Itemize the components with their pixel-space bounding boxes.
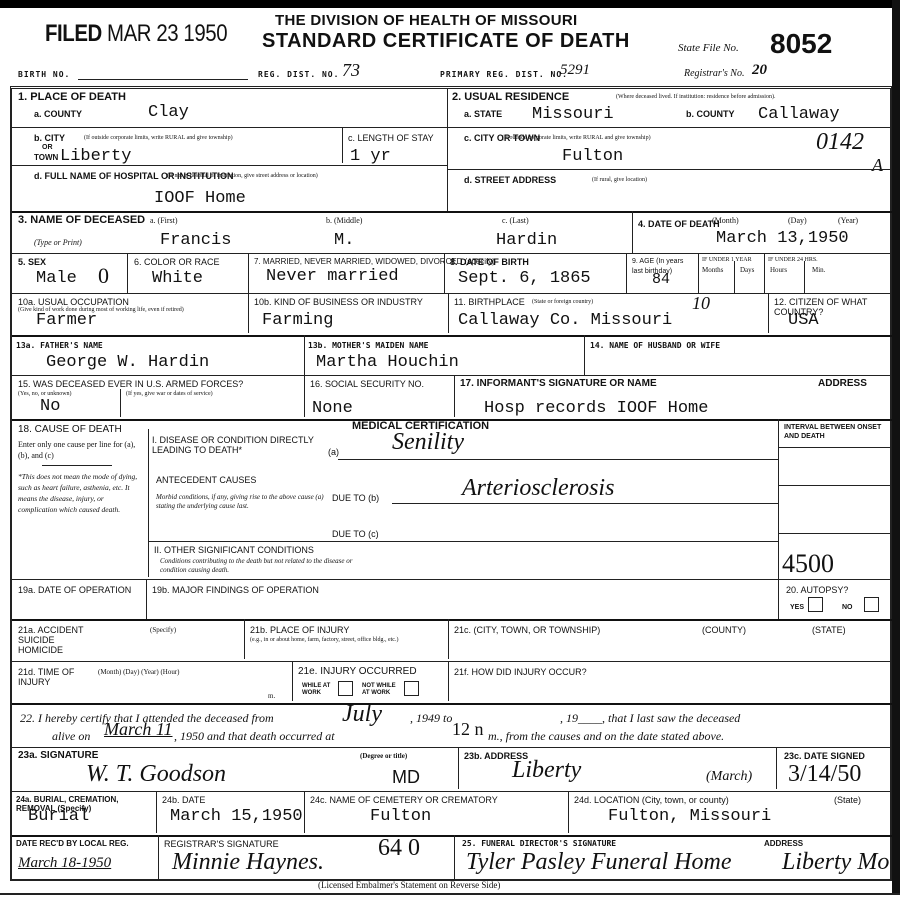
time-of-death: 12 n [452, 719, 484, 740]
disposition: Burial [28, 807, 89, 826]
reg-dist-value: 73 [342, 60, 360, 81]
length-of-stay: 1 yr [350, 147, 391, 166]
birthplace: Callaway Co. Missouri [458, 311, 672, 330]
hospital-name: IOOF Home [154, 189, 246, 208]
usual-residence-heading: 2. USUAL RESIDENCE [452, 92, 569, 103]
place-of-death-heading: 1. PLACE OF DEATH [18, 92, 126, 103]
footer-note: (Licensed Embalmer's Statement on Revers… [318, 880, 500, 890]
physician-signature: W. T. Goodson [86, 761, 226, 788]
registrar-no-value: 20 [752, 62, 767, 79]
top-border [0, 0, 900, 8]
autopsy-yes-checkbox[interactable] [808, 597, 823, 612]
death-county: Clay [148, 103, 189, 122]
state-file-label: State File No. [678, 42, 739, 54]
armed-forces: No [40, 397, 60, 416]
certificate-form: 1. PLACE OF DEATH a. COUNTY Clay b. CITY… [10, 86, 892, 881]
death-city: Liberty [60, 147, 131, 166]
sex-code: 0 [98, 263, 109, 289]
issuing-agency: THE DIVISION OF HEALTH OF MISSOURI [275, 12, 577, 29]
right-border [892, 0, 900, 905]
sex: Male [36, 269, 77, 288]
cause-b: Arteriosclerosis [462, 475, 614, 502]
funeral-director-signature: Tyler Pasley Funeral Home [466, 849, 732, 876]
interval-code: 4500 [782, 549, 834, 579]
physician-address: Liberty [512, 757, 581, 784]
occupation: Farmer [36, 311, 97, 330]
cause-a: Senility [392, 429, 464, 456]
date-of-death: March 13,1950 [716, 229, 849, 248]
informant: Hosp records IOOF Home [484, 399, 708, 418]
middle-name: M. [334, 231, 354, 250]
autopsy-no-checkbox[interactable] [864, 597, 879, 612]
residence-code-mark: A [872, 155, 883, 176]
father-name: George W. Hardin [46, 353, 209, 372]
birth-no-line [78, 79, 248, 80]
filed-stamp: FILED MAR 23 1950 [45, 20, 227, 48]
primary-reg-dist-label: PRIMARY REG. DIST. NO. [440, 70, 568, 79]
registrar-code: 64 0 [378, 835, 420, 862]
primary-reg-dist-value: 5291 [560, 62, 590, 79]
mother-maiden-name: Martha Houchin [316, 353, 459, 372]
state-file-number: 8052 [770, 28, 832, 60]
residence-code: 0142 [816, 129, 864, 156]
first-name: Francis [160, 231, 231, 250]
bottom-border [0, 893, 900, 905]
race: White [152, 269, 203, 288]
last-seen-alive: March 11 [104, 719, 172, 740]
physician-address-note: (March) [706, 769, 752, 785]
physician-degree: MD [392, 767, 420, 788]
registrar-no-label: Registrar's No. [684, 68, 744, 79]
while-at-work-checkbox[interactable] [338, 681, 353, 696]
citizenship: USA [788, 311, 819, 330]
cemetery: Fulton [370, 807, 431, 826]
document-title: STANDARD CERTIFICATE OF DEATH [262, 30, 630, 53]
age: 84 [652, 271, 670, 288]
residence-state: Missouri [532, 105, 614, 124]
birthplace-code: 10 [692, 293, 710, 314]
date-received: March 18-1950 [18, 855, 111, 872]
not-at-work-checkbox[interactable] [404, 681, 419, 696]
reg-dist-label: REG. DIST. NO. [258, 70, 339, 79]
date-of-birth: Sept. 6, 1865 [458, 269, 591, 288]
attended-from: July [342, 701, 382, 728]
burial-location: Fulton, Missouri [608, 807, 771, 826]
last-name: Hardin [496, 231, 557, 250]
registrar-signature: Minnie Haynes. [172, 849, 324, 876]
burial-date: March 15,1950 [170, 807, 303, 826]
birth-no-label: BIRTH NO. [18, 70, 70, 79]
residence-county: Callaway [758, 105, 840, 124]
business: Farming [262, 311, 333, 330]
social-security-no: None [312, 399, 353, 418]
marital-status: Never married [266, 267, 399, 286]
residence-city: Fulton [562, 147, 623, 166]
date-signed: 3/14/50 [788, 761, 861, 788]
funeral-director-address: Liberty Mo [782, 849, 889, 876]
